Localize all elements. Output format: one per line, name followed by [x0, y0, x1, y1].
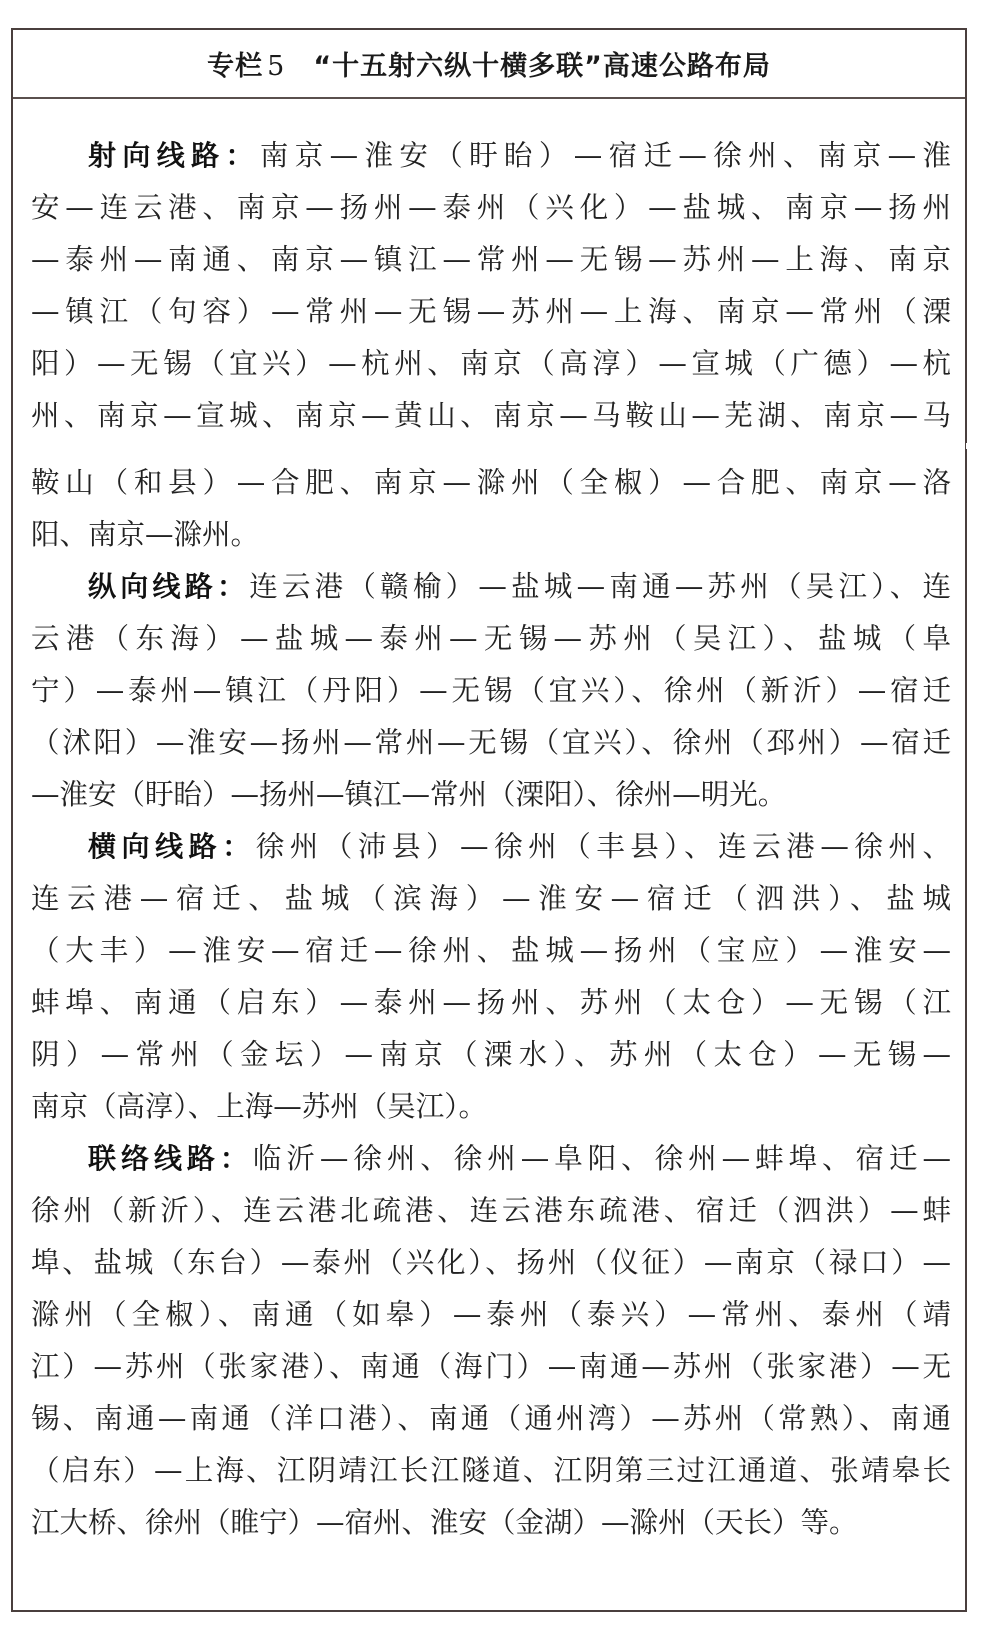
route-text: 连云港（赣榆）—盐城—南通—苏州（吴江）、连	[249, 570, 951, 603]
route-text: —泰州—南通、南京—镇江—常州—无锡—苏州—上海、南京	[31, 243, 951, 276]
section-label-radial: 射向线路：	[88, 139, 260, 172]
section-radial-line: 鞍山（和县）—合肥、南京—滁州（全椒）—合肥、南京—洛	[31, 457, 951, 509]
section-vertical-line: —淮安（盱眙）—扬州—镇江—常州（溧阳）、徐州—明光。	[31, 769, 951, 821]
column-panel: 专栏5“十五射六纵十横多联”高速公路布局 射向线路：南京—淮安（盱眙）—宿迁—徐…	[11, 28, 967, 1612]
route-text: 蚌埠、南通（启东）—泰州—扬州、苏州（太仓）—无锡（江	[31, 986, 951, 1019]
route-text: 江）—苏州（张家港）、南通（海门）—南通—苏州（张家港）—无	[31, 1350, 951, 1383]
section-radial-line: —泰州—南通、南京—镇江—常州—无锡—苏州—上海、南京	[31, 234, 951, 286]
route-text: 云港（东海）—盐城—泰州—无锡—苏州（吴江）、盐城（阜	[31, 622, 951, 655]
title-number: 5	[267, 51, 285, 82]
section-radial-line: 射向线路：南京—淮安（盱眙）—宿迁—徐州、南京—淮	[31, 130, 951, 182]
route-text: 阳、南京—滁州。	[31, 518, 259, 551]
route-text: 宁）—泰州—镇江（丹阳）—无锡（宜兴）、徐州（新沂）—宿迁	[31, 674, 951, 707]
section-connector-line: 联络线路：临沂—徐州、徐州—阜阳、徐州—蚌埠、宿迁—	[31, 1133, 951, 1185]
route-text: （沭阳）—淮安—扬州—常州—无锡（宜兴）、徐州（邳州）—宿迁	[31, 726, 951, 759]
section-vertical-line: 云港（东海）—盐城—泰州—无锡—苏州（吴江）、盐城（阜	[31, 613, 951, 665]
route-text: —镇江（句容）—常州—无锡—苏州—上海、南京—常州（溧	[31, 295, 951, 328]
route-text: 州、南京—宣城、南京—黄山、南京—马鞍山—芜湖、南京—马	[31, 399, 951, 432]
route-text: 阴）—常州（金坛）—南京（溧水）、苏州（太仓）—无锡—	[31, 1038, 951, 1071]
section-label-vertical: 纵向线路：	[88, 570, 249, 603]
section-radial-line: 安—连云港、南京—扬州—泰州（兴化）—盐城、南京—扬州	[31, 182, 951, 234]
section-connector-line: （启东）—上海、江阴靖江长江隧道、江阴第三过江通道、张靖皋长	[31, 1445, 951, 1497]
section-radial-line: 阳）—无锡（宜兴）—杭州、南京（高淳）—宣城（广德）—杭	[31, 338, 951, 390]
route-text: 埠、盐城（东台）—泰州（兴化）、扬州（仪征）—南京（禄口）—	[31, 1246, 951, 1279]
section-horizontal-line: （大丰）—淮安—宿迁—徐州、盐城—扬州（宝应）—淮安—	[31, 925, 951, 977]
section-horizontal-line: 南京（高淳）、上海—苏州（吴江）。	[31, 1081, 951, 1133]
section-connector-line: 江大桥、徐州（睢宁）—宿州、淮安（金湖）—滁州（天长）等。	[31, 1497, 951, 1549]
section-label-connector: 联络线路：	[88, 1142, 253, 1175]
section-horizontal-line: 阴）—常州（金坛）—南京（溧水）、苏州（太仓）—无锡—	[31, 1029, 951, 1081]
route-text: 南京—淮安（盱眙）—宿迁—徐州、南京—淮	[260, 139, 951, 172]
section-connector-line: 江）—苏州（张家港）、南通（海门）—南通—苏州（张家港）—无	[31, 1341, 951, 1393]
route-text: 徐州（沛县）—徐州（丰县）、连云港—徐州、	[256, 830, 951, 863]
route-text: 锡、南通—南通（洋口港）、南通（通州湾）—苏州（常熟）、南通	[31, 1402, 951, 1435]
section-vertical-line: （沭阳）—淮安—扬州—常州—无锡（宜兴）、徐州（邳州）—宿迁	[31, 717, 951, 769]
route-text: 滁州（全椒）、南通（如皋）—泰州（泰兴）—常州、泰州（靖	[31, 1298, 951, 1331]
route-text: （大丰）—淮安—宿迁—徐州、盐城—扬州（宝应）—淮安—	[31, 934, 951, 967]
route-text: 南京（高淳）、上海—苏州（吴江）。	[31, 1090, 487, 1123]
route-text: （启东）—上海、江阴靖江长江隧道、江阴第三过江通道、张靖皋长	[31, 1454, 951, 1487]
route-text: 鞍山（和县）—合肥、南京—滁州（全椒）—合肥、南京—洛	[31, 466, 951, 499]
section-label-horizontal: 横向线路：	[88, 830, 256, 863]
section-radial-line: 阳、南京—滁州。	[31, 509, 951, 561]
route-text: 徐州（新沂）、连云港北疏港、连云港东疏港、宿迁（泗洪）—蚌	[31, 1194, 951, 1227]
route-text: —淮安（盱眙）—扬州—镇江—常州（溧阳）、徐州—明光。	[31, 778, 786, 811]
section-horizontal-line: 横向线路：徐州（沛县）—徐州（丰县）、连云港—徐州、	[31, 821, 951, 873]
section-horizontal-line: 蚌埠、南通（启东）—泰州—扬州、苏州（太仓）—无锡（江	[31, 977, 951, 1029]
section-connector-line: 徐州（新沂）、连云港北疏港、连云港东疏港、宿迁（泗洪）—蚌	[31, 1185, 951, 1237]
route-text: 连云港—宿迁、盐城（滨海）—淮安—宿迁（泗洪）、盐城	[31, 882, 951, 915]
section-radial-line: 州、南京—宣城、南京—黄山、南京—马鞍山—芜湖、南京—马	[31, 390, 951, 442]
section-vertical-line: 纵向线路：连云港（赣榆）—盐城—南通—苏州（吴江）、连	[31, 561, 951, 613]
route-text: 阳）—无锡（宜兴）—杭州、南京（高淳）—宣城（广德）—杭	[31, 347, 951, 380]
route-text: 安—连云港、南京—扬州—泰州（兴化）—盐城、南京—扬州	[31, 191, 951, 224]
section-connector-line: 锡、南通—南通（洋口港）、南通（通州湾）—苏州（常熟）、南通	[31, 1393, 951, 1445]
border-stitch-gap	[966, 443, 970, 449]
panel-title-bar: 专栏5“十五射六纵十横多联”高速公路布局	[13, 30, 965, 99]
section-connector-line: 滁州（全椒）、南通（如皋）—泰州（泰兴）—常州、泰州（靖	[31, 1289, 951, 1341]
section-horizontal-line: 连云港—宿迁、盐城（滨海）—淮安—宿迁（泗洪）、盐城	[31, 873, 951, 925]
section-connector-line: 埠、盐城（东台）—泰州（兴化）、扬州（仪征）—南京（禄口）—	[31, 1237, 951, 1289]
panel-title: 专栏5“十五射六纵十横多联”高速公路布局	[207, 44, 771, 83]
route-text: 江大桥、徐州（睢宁）—宿州、淮安（金湖）—滁州（天长）等。	[31, 1506, 858, 1539]
section-vertical-line: 宁）—泰州—镇江（丹阳）—无锡（宜兴）、徐州（新沂）—宿迁	[31, 665, 951, 717]
section-radial-line: —镇江（句容）—常州—无锡—苏州—上海、南京—常州（溧	[31, 286, 951, 338]
title-prefix: 专栏	[207, 51, 263, 82]
title-main: “十五射六纵十横多联”高速公路布局	[313, 51, 771, 82]
route-text: 临沂—徐州、徐州—阜阳、徐州—蚌埠、宿迁—	[253, 1142, 951, 1175]
